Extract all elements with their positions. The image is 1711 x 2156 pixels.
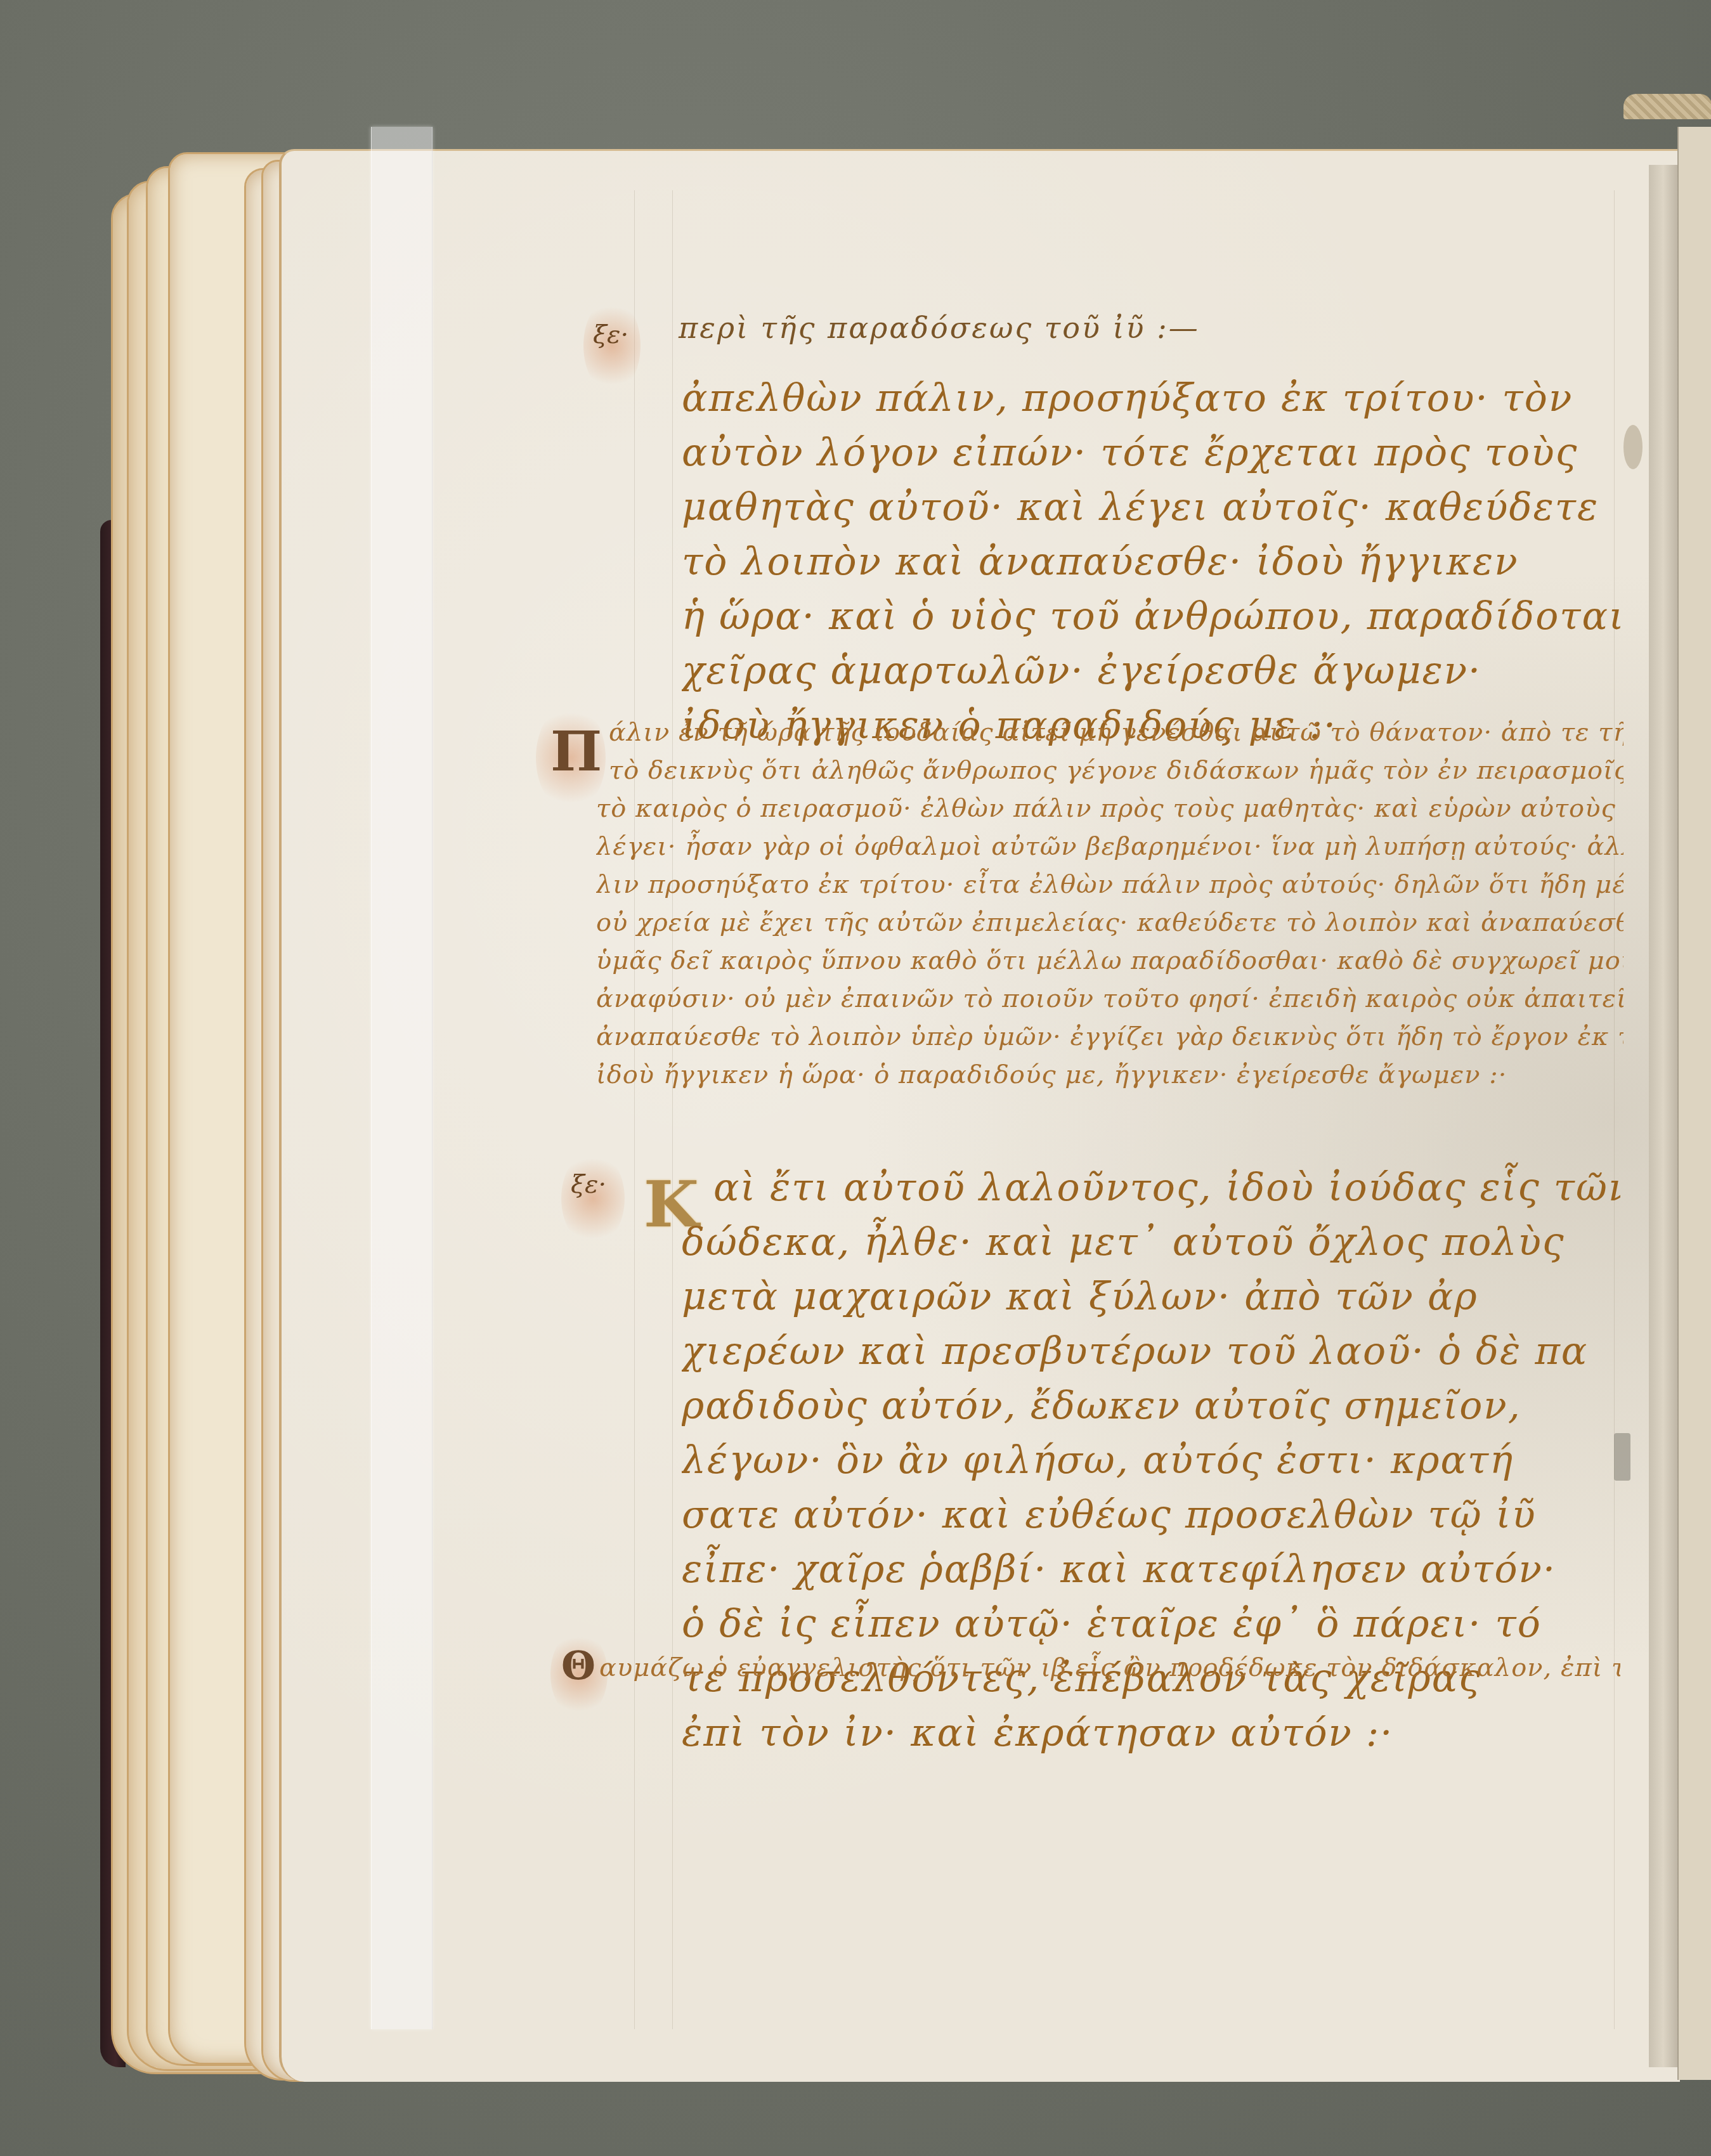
decorated-initial-theta: Θ <box>561 1642 595 1689</box>
text-line: χεῖρας ἁμαρτωλῶν· ἐγείρεσθε ἄγωμεν· <box>682 644 1620 698</box>
text-line: αὐτὸν λόγον εἰπών· τότε ἔρχεται πρὸς τοὺ… <box>682 425 1620 480</box>
text-line: άλιν ἐν τῆ ὥρα τῆς ἰουδαίας αἰτεῖ μὴ γεν… <box>596 713 1623 751</box>
text-line: λιν προσηύξατο ἐκ τρίτου· εἶτα ἐλθὼν πάλ… <box>596 866 1623 904</box>
text-line: αὶ ἔτι αὐτοῦ λαλοῦντος, ἰδοὺ ἰούδας εἷς … <box>682 1160 1620 1215</box>
text-line: ὁ δὲ ἰς εἶπεν αὐτῷ· ἑταῖρε ἐφ᾽ ὃ πάρει· … <box>682 1597 1620 1651</box>
text-line: χιερέων καὶ πρεσβυτέρων τοῦ λαοῦ· ὁ δὲ π… <box>682 1324 1620 1379</box>
text-line: ραδιδοὺς αὐτόν, ἔδωκεν αὐτοῖς σημεῖον, <box>682 1379 1620 1433</box>
text-line: ἀπελθὼν πάλιν, προσηύξατο ἐκ τρίτου· τὸν <box>682 371 1620 425</box>
decorated-initial-pi: Π <box>550 720 602 784</box>
text-line: τὸ καιρὸς ὁ πειρασμοῦ· ἐλθὼν πάλιν πρὸς … <box>596 789 1623 828</box>
text-line: μαθητὰς αὐτοῦ· καὶ λέγει αὐτοῖς· καθεύδε… <box>682 480 1620 535</box>
binding-headband <box>1623 94 1711 119</box>
text-line: λέγων· ὃν ἂν φιλήσω, αὐτός ἐστι· κρατή <box>682 1433 1620 1488</box>
facing-page-edge <box>1677 127 1711 2080</box>
stain-mark <box>1623 425 1643 469</box>
section-number-marginal: ξε· <box>593 320 628 349</box>
text-line: μετὰ μαχαιρῶν καὶ ξύλων· ἀπὸ τῶν ἀρ <box>682 1270 1620 1324</box>
text-line: ἡ ὥρα· καὶ ὁ υἱὸς τοῦ ἀνθρώπου, παραδίδο… <box>682 589 1620 644</box>
page-gutter <box>1649 165 1677 2067</box>
text-line: τὸ λοιπὸν καὶ ἀναπαύεσθε· ἰδοὺ ἤγγικεν <box>682 535 1620 589</box>
ruling-line <box>672 190 673 2029</box>
ruling-line <box>634 190 635 2029</box>
text-line: εἶπε· χαῖρε ῥαββί· καὶ κατεφίλησεν αὐτόν… <box>682 1542 1620 1597</box>
commentary-block-1: άλιν ἐν τῆ ὥρα τῆς ἰουδαίας αἰτεῖ μὴ γεν… <box>596 713 1623 1094</box>
text-line: δώδεκα, ἦλθε· καὶ μετ᾽ αὐτοῦ ὄχλος πολὺς <box>682 1215 1620 1270</box>
text-line: ἀναπαύεσθε τὸ λοιπὸν ὑπὲρ ὑμῶν· ἐγγίζει … <box>596 1018 1623 1056</box>
transparent-tape-strip <box>371 127 433 2029</box>
text-line: σατε αὐτόν· καὶ εὐθέως προσελθὼν τῷ ἰῦ <box>682 1488 1620 1542</box>
text-line: ἰδοὺ ἤγγικεν ἡ ὥρα· ὁ παραδιδούς με, ἤγγ… <box>596 1056 1623 1094</box>
commentary-block-2: αυμάζω ὁ εὐαγγελιστὴς ὅτι τῶν ιβ εἷς ὢν … <box>599 1649 1620 1687</box>
text-line: οὐ χρεία μὲ ἔχει τῆς αὐτῶν ἐπιμελείας· κ… <box>596 904 1623 942</box>
text-line: τὸ δεικνὺς ὅτι ἀληθῶς ἄνθρωπος γέγονε δι… <box>596 751 1623 789</box>
text-line: ἐπὶ τὸν ἰν· καὶ ἐκράτησαν αὐτόν :· <box>682 1706 1620 1760</box>
text-line: αυμάζω ὁ εὐαγγελιστὴς ὅτι τῶν ιβ εἷς ὢν … <box>599 1649 1620 1687</box>
gospel-passage-1: ἀπελθὼν πάλιν, προσηύξατο ἐκ τρίτου· τὸν… <box>682 371 1620 753</box>
manuscript-photograph: ξε· ξε· περὶ τῆς παραδόσεως τοῦ ἰῦ :— ἀπ… <box>0 0 1711 2156</box>
text-line: λέγει· ἦσαν γὰρ οἱ ὀφθαλμοὶ αὐτῶν βεβαρη… <box>596 828 1623 866</box>
section-number-marginal: ξε· <box>571 1170 606 1199</box>
section-heading: περὶ τῆς παραδόσεως τοῦ ἰῦ :— <box>679 311 1200 345</box>
text-line: ἀναφύσιν· οὐ μὲν ἐπαινῶν τὸ ποιοῦν τοῦτο… <box>596 980 1623 1018</box>
text-line: ὑμᾶς δεῖ καιρὸς ὕπνου καθὸ ὅτι μέλλω παρ… <box>596 942 1623 980</box>
